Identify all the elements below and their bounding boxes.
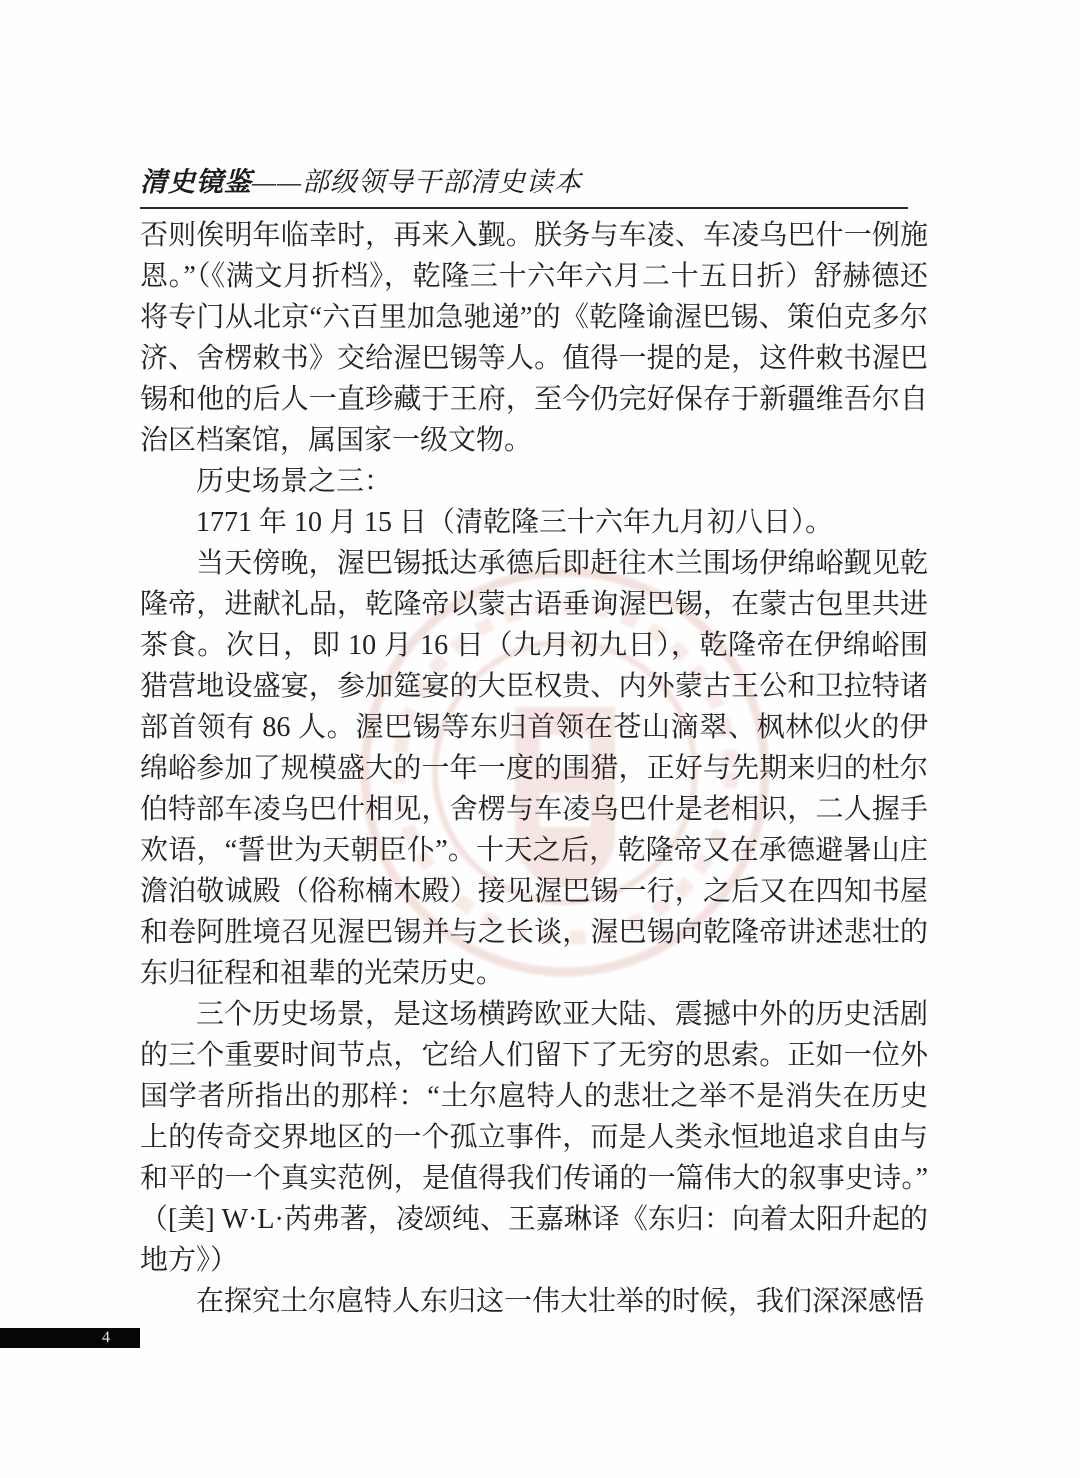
header-divider xyxy=(140,207,908,209)
body-text: 否则俟明年临幸时，再来入觐。朕务与车凌、车凌乌巴什一例施恩。”（《满文月折档》，… xyxy=(140,215,928,1322)
book-page: 清史镜鉴——部级领导干部清史读本 否则俟明年临幸时，再来入觐。朕务与车凌、车凌乌… xyxy=(0,0,1080,1478)
page-number: 4 xyxy=(102,1328,110,1348)
book-subtitle: ——部级领导干部清史读本 xyxy=(252,167,582,197)
page-number-bar: 4 xyxy=(0,1328,140,1348)
paragraph: 1771 年 10 月 15 日（清乾隆三十六年九月初八日）。 xyxy=(140,502,928,543)
book-title: 清史镜鉴 xyxy=(140,167,252,197)
paragraph: 当天傍晚，渥巴锡抵达承德后即赶往木兰围场伊绵峪觐见乾隆帝，进献礼品，乾隆帝以蒙古… xyxy=(140,543,928,994)
paragraph: 历史场景之三： xyxy=(140,461,928,502)
paragraph: 三个历史场景，是这场横跨欧亚大陆、震撼中外的历史活剧的三个重要时间节点，它给人们… xyxy=(140,994,928,1281)
running-header: 清史镜鉴——部级领导干部清史读本 xyxy=(140,160,908,199)
paragraph: 在探究土尔扈特人东归这一伟大壮举的时候，我们深深感悟 xyxy=(140,1281,928,1322)
paragraph: 否则俟明年临幸时，再来入觐。朕务与车凌、车凌乌巴什一例施恩。”（《满文月折档》，… xyxy=(140,215,928,461)
